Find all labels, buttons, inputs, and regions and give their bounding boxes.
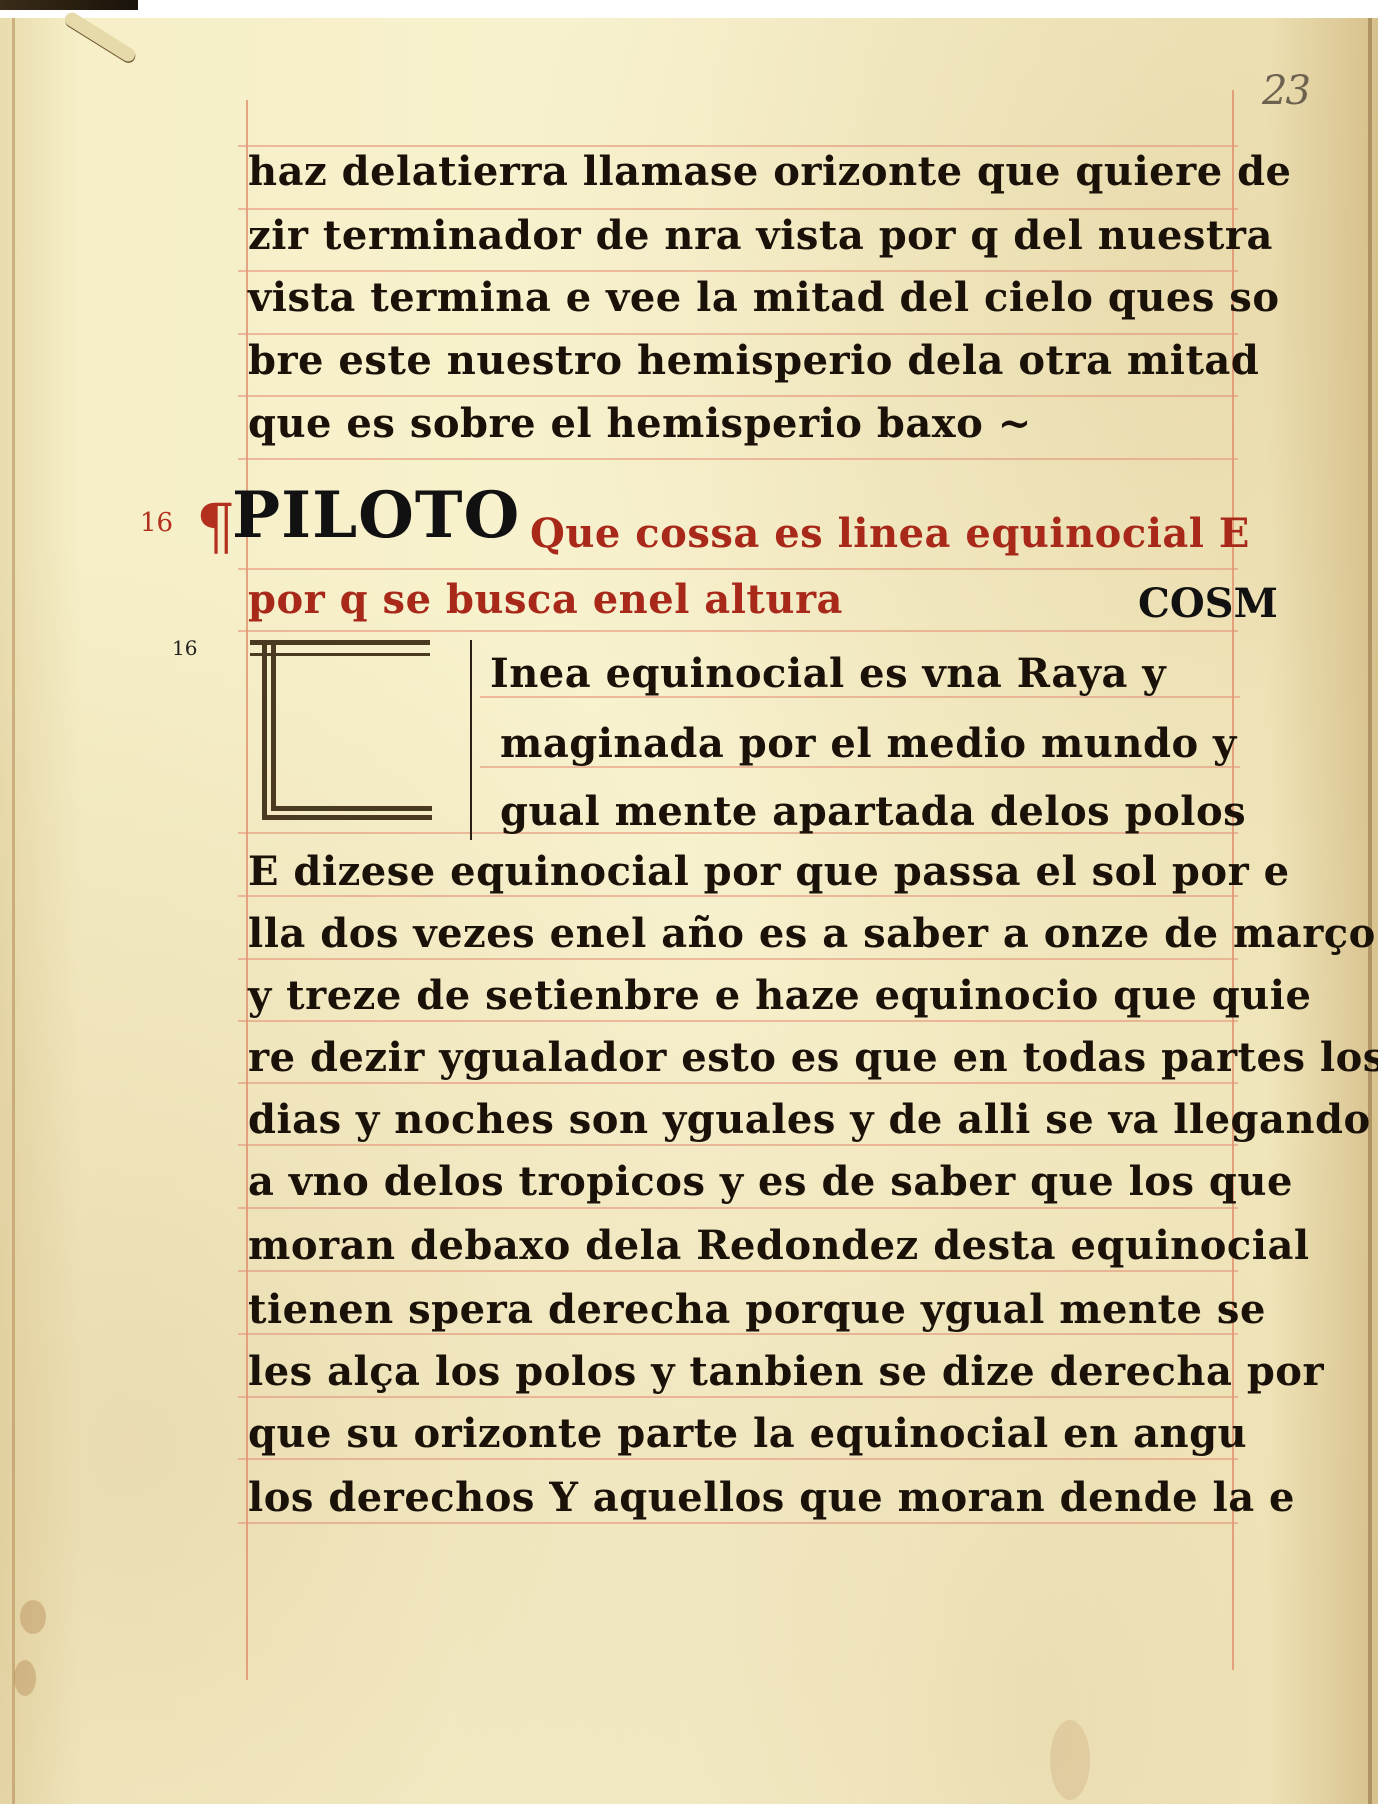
- text-line: bre este nuestro hemisperio dela otra mi…: [248, 337, 1259, 384]
- catchword: COSM: [1138, 580, 1278, 627]
- ruled-line: [238, 1270, 1238, 1272]
- text-line: y treze de setienbre e haze equinocio qu…: [248, 972, 1311, 1019]
- text-line: dias y noches son yguales y de alli se v…: [248, 1096, 1371, 1143]
- ruled-line: [238, 1333, 1238, 1335]
- text-line: que es sobre el hemisperio baxo ~: [248, 400, 1032, 447]
- text-line: haz delatierra llamase orizonte que quie…: [248, 148, 1292, 195]
- stain: [20, 1600, 46, 1634]
- ruled-line: [238, 395, 1238, 397]
- pilcrow-icon: ¶: [196, 490, 235, 563]
- ruled-line: [238, 333, 1238, 335]
- rubric-question: por q se busca enel altura: [248, 576, 843, 623]
- ruled-line: [238, 1522, 1238, 1524]
- text-line: E dizese equinocial por que passa el sol…: [248, 848, 1290, 895]
- text-line: que su orizonte parte la equinocial en a…: [248, 1410, 1247, 1457]
- text-line: moran debaxo dela Redondez desta equinoc…: [248, 1222, 1310, 1269]
- text-line: lla dos vezes enel año es a saber a onze…: [248, 910, 1376, 957]
- ruled-line: [238, 1144, 1238, 1146]
- speaker-heading: PILOTO: [232, 478, 520, 553]
- ruled-line: [238, 958, 1238, 960]
- ruled-line: [238, 458, 1238, 460]
- ruled-line: [238, 1458, 1238, 1460]
- ruled-line: [238, 270, 1238, 272]
- scan-border: [0, 0, 138, 10]
- ruled-line: [238, 630, 1238, 632]
- ruled-line: [238, 895, 1238, 897]
- text-line: maginada por el medio mundo y: [500, 720, 1237, 767]
- text-line: re dezir ygualador esto es que en todas …: [248, 1034, 1378, 1081]
- stain: [1050, 1720, 1090, 1800]
- text-line: vista termina e vee la mitad del cielo q…: [248, 274, 1280, 321]
- text-line: Inea equinocial es vna Raya y: [490, 650, 1166, 697]
- stain: [14, 1660, 36, 1696]
- text-line: los derechos Y aquellos que moran dende …: [248, 1474, 1295, 1521]
- ruled-line: [238, 1082, 1238, 1084]
- text-line: zir terminador de nra vista por q del nu…: [248, 212, 1273, 259]
- margin-number: 16: [140, 508, 173, 538]
- text-line: les alça los polos y tanbien se dize der…: [248, 1348, 1324, 1395]
- drop-cap-initial: [262, 642, 432, 820]
- ruled-line: [238, 1020, 1238, 1022]
- ruled-line: [238, 568, 1238, 570]
- page-left-edge: [12, 18, 15, 1804]
- text-line: tienen spera derecha porque ygual mente …: [248, 1286, 1266, 1333]
- ruled-line: [238, 1207, 1238, 1209]
- drop-cap-rule: [470, 640, 472, 840]
- text-line: gual mente apartada delos polos: [500, 788, 1246, 835]
- text-line: a vno delos tropicos y es de saber que l…: [248, 1158, 1293, 1205]
- ruled-line: [238, 145, 1238, 147]
- ruled-line: [238, 208, 1238, 210]
- margin-number: 16: [172, 636, 197, 660]
- rubric-question: Que cossa es linea equinocial E: [530, 510, 1250, 557]
- folio-number: 23: [1262, 68, 1309, 114]
- ruled-line: [238, 1396, 1238, 1398]
